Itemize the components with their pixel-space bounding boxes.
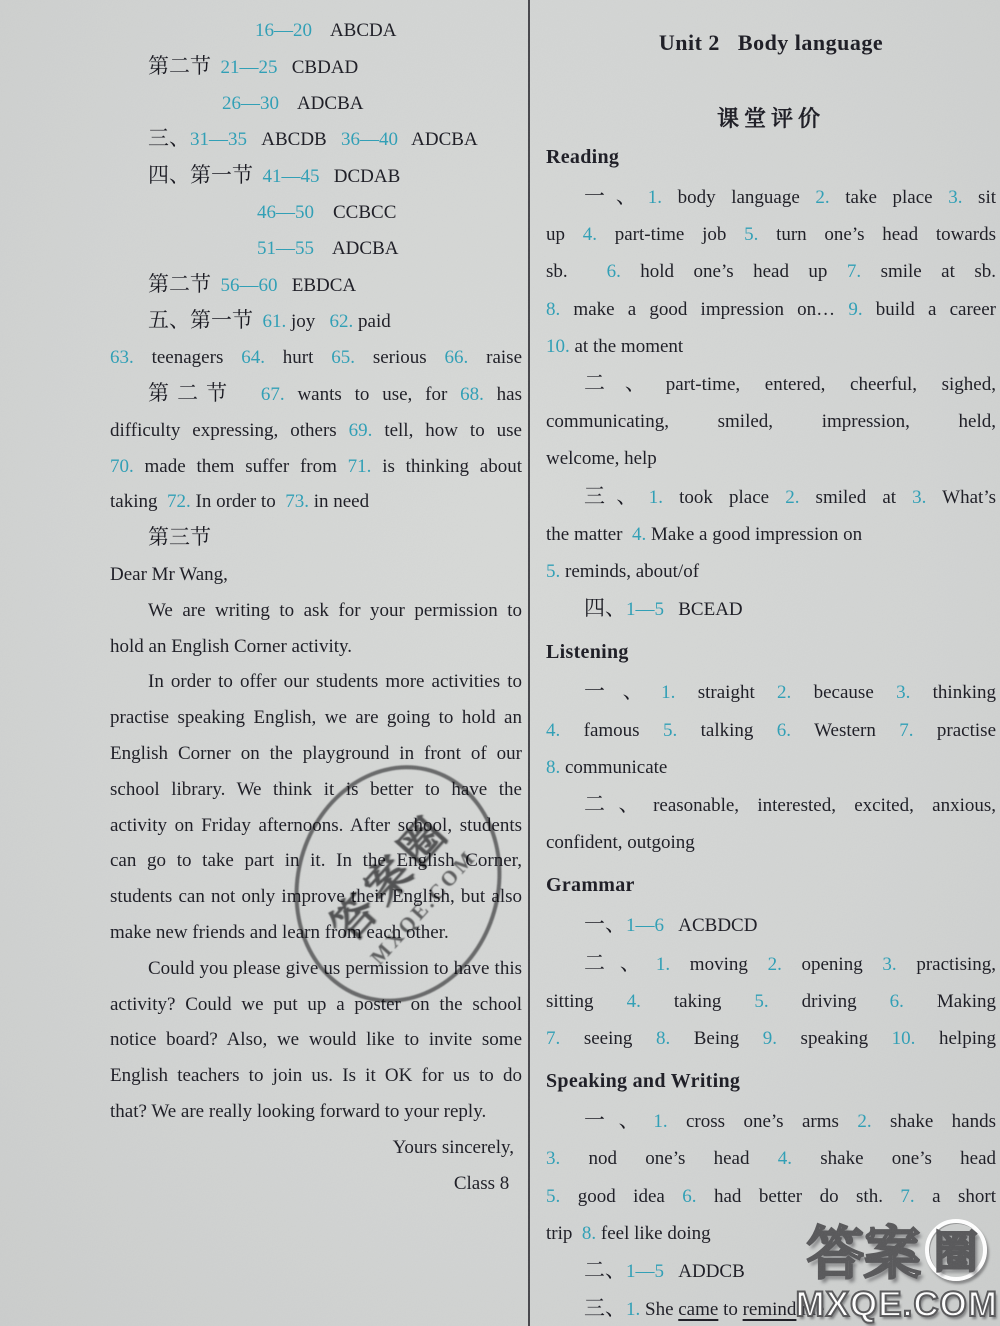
text-line: the matter 4. Make a good impression on <box>546 516 996 553</box>
text-line: 第二节 67. wants to use, for 68. has <box>110 376 522 413</box>
text-segment: Being <box>670 1028 763 1049</box>
text-segment: In order to <box>191 491 276 512</box>
text-segment: 63. <box>110 347 134 368</box>
text-segment: What’s <box>926 487 996 508</box>
text-segment: 16—20 <box>255 20 312 41</box>
text-segment: smile at sb. <box>861 261 996 282</box>
text-line: 五、第一节 61. joy 62. paid <box>110 303 522 340</box>
text-segment: that? We are really looking forward to y… <box>110 1101 486 1122</box>
text-segment <box>314 238 332 259</box>
text-line: Class 8 <box>110 1166 522 1202</box>
text-segment: is thinking about <box>371 456 522 477</box>
section-heading: Speaking and Writing <box>546 1070 996 1093</box>
text-line: We are writing to ask for your permissio… <box>110 593 522 629</box>
text-line: 26—30 ADCBA <box>110 86 522 122</box>
text-line: 8. communicate <box>546 749 996 786</box>
text-segment: difficulty expressing, others <box>110 420 349 441</box>
text-segment: practising, <box>897 954 996 975</box>
text-line: 10. at the moment <box>546 328 996 365</box>
text-segment: 四、 <box>584 596 626 620</box>
text-segment: up <box>546 224 583 245</box>
text-segment <box>327 129 341 150</box>
text-segment: ADCBA <box>297 93 364 114</box>
text-segment <box>664 599 678 620</box>
text-segment: 1—5 <box>626 599 664 620</box>
text-segment: Make a good impression on <box>646 524 862 545</box>
text-segment: communicating, smiled, impression, held, <box>546 411 996 432</box>
text-segment <box>158 491 168 512</box>
text-segment: 68. <box>460 384 484 405</box>
text-segment: activity? Could we put up a poster on th… <box>110 994 522 1015</box>
text-segment: 62. <box>330 311 354 332</box>
text-segment: CCBCC <box>333 202 396 223</box>
text-segment: ADDCB <box>678 1261 745 1282</box>
text-segment: thinking <box>910 682 996 703</box>
text-segment: English teachers to join us. Is it OK fo… <box>110 1065 522 1086</box>
text-line: 4. famous 5. talking 6. Western 7. pract… <box>546 712 996 749</box>
ink-stamp-text: 答案圈 MXQE.COM <box>312 796 483 972</box>
text-segment: 6. <box>682 1186 696 1207</box>
text-segment: 5. <box>546 561 560 582</box>
text-segment: EBDCA <box>292 275 356 296</box>
text-line: practise speaking English, we are going … <box>110 700 522 736</box>
text-segment: 二、 <box>584 371 666 395</box>
text-segment: 7. <box>899 720 913 741</box>
text-segment: 1. <box>649 487 663 508</box>
text-line: 51—55 ADCBA <box>110 231 522 267</box>
text-segment: 8. <box>582 1223 596 1244</box>
text-segment: She <box>640 1299 678 1320</box>
text-segment: DCDAB <box>334 166 401 187</box>
column-divider <box>528 0 530 1326</box>
text-segment: sitting <box>546 991 627 1012</box>
text-segment <box>253 311 263 332</box>
text-segment: ADCBA <box>411 129 478 150</box>
text-line: 四、1—5 BCEAD <box>546 590 996 628</box>
text-line: Dear Mr Wang, <box>110 557 522 593</box>
text-segment <box>279 93 297 114</box>
text-line: hold an English Corner activity. <box>110 629 522 665</box>
text-segment: cross one’s arms <box>668 1111 858 1132</box>
text-segment: at the moment <box>570 336 683 357</box>
text-segment: 三、 <box>148 126 190 150</box>
text-segment: 8. <box>656 1028 670 1049</box>
watermark-cn-text: 答案圈 <box>796 1219 998 1285</box>
text-segment: 9. <box>763 1028 777 1049</box>
text-segment: 4. <box>583 224 597 245</box>
text-segment: turn one’s head towards <box>758 224 996 245</box>
text-line: 二、part-time, entered, cheerful, sighed, <box>546 365 996 403</box>
text-segment <box>314 202 333 223</box>
text-line: 46—50 CCBCC <box>110 195 522 231</box>
text-segment: 三、 <box>584 1296 626 1320</box>
text-line: 第二节 56—60 EBDCA <box>110 267 522 304</box>
text-segment: paid <box>353 311 390 332</box>
text-segment: welcome, help <box>546 448 657 469</box>
section-heading: Reading <box>546 146 996 169</box>
text-segment: 第二节 <box>148 272 211 296</box>
text-segment: straight <box>675 682 777 703</box>
text-segment <box>211 57 221 78</box>
text-segment: communicate <box>560 757 667 778</box>
text-line: 3. nod one’s head 4. shake one’s head <box>546 1140 996 1177</box>
text-segment: Western <box>791 720 899 741</box>
text-segment: part-time, entered, cheerful, sighed, <box>666 374 996 395</box>
text-segment: 70. <box>110 456 134 477</box>
text-line: 二、1. moving 2. opening 3. practising, <box>546 945 996 983</box>
text-segment: 二、 <box>584 792 653 816</box>
text-segment: 6. <box>607 261 621 282</box>
text-segment: famous <box>560 720 663 741</box>
text-segment: 1. <box>648 187 662 208</box>
watermark-en-text: MXQE.COM <box>796 1287 998 1324</box>
text-segment: opening <box>782 954 883 975</box>
text-segment: 4. <box>632 524 646 545</box>
text-segment: 8. <box>546 757 560 778</box>
text-segment: 73. <box>285 491 309 512</box>
text-segment: 5. <box>546 1186 560 1207</box>
text-segment: take place <box>830 187 949 208</box>
text-line: confident, outgoing <box>546 824 996 861</box>
text-segment: make a good impression on… <box>560 299 848 320</box>
text-segment: a short <box>915 1186 996 1207</box>
text-segment: feel like doing <box>596 1223 711 1244</box>
text-segment <box>623 524 633 545</box>
text-segment: 69. <box>349 420 373 441</box>
text-segment: 1—5 <box>626 1261 664 1282</box>
text-segment: 一、 <box>584 184 648 208</box>
text-segment: 第三节 <box>148 525 211 549</box>
text-segment: 2. <box>768 954 782 975</box>
text-segment: 10. <box>892 1028 916 1049</box>
text-segment: 6. <box>777 720 791 741</box>
text-segment: 1. <box>656 954 670 975</box>
text-segment: notice board? Also, we would like to inv… <box>110 1029 522 1050</box>
text-segment: 61. <box>263 311 287 332</box>
text-segment: build a career <box>863 299 996 320</box>
text-segment: 4. <box>778 1148 792 1169</box>
right-column: Unit 2 Body language课堂评价Reading一、1. body… <box>546 0 996 1326</box>
text-segment: 2. <box>815 187 829 208</box>
text-segment: 67. <box>261 384 285 405</box>
text-segment: reasonable, interested, excited, anxious… <box>653 795 996 816</box>
text-segment: teenagers <box>134 347 241 368</box>
text-segment: 3. <box>912 487 926 508</box>
text-segment: shake one’s head <box>792 1148 996 1169</box>
text-segment: 3. <box>948 187 962 208</box>
text-segment: 31—35 <box>190 129 247 150</box>
text-segment: 9. <box>848 299 862 320</box>
text-segment: 1. <box>653 1111 667 1132</box>
text-line: 四、第一节 41—45 DCDAB <box>110 158 522 195</box>
text-segment: talking <box>677 720 777 741</box>
text-line: 5. reminds, about/of <box>546 553 996 590</box>
text-line: sb. 6. hold one’s head up 7. smile at sb… <box>546 253 996 290</box>
text-segment: 2. <box>857 1111 871 1132</box>
scanned-page: { "page": { "background": "#d3d5d4", "di… <box>0 0 1000 1326</box>
text-segment: BCEAD <box>678 599 742 620</box>
text-segment: 21—25 <box>221 57 278 78</box>
text-segment: ADCBA <box>332 238 399 259</box>
text-segment: hold an English Corner activity. <box>110 636 352 657</box>
text-segment: moving <box>670 954 767 975</box>
text-segment <box>572 1223 582 1244</box>
text-segment <box>278 57 292 78</box>
text-segment <box>315 311 329 332</box>
text-segment: seeing <box>560 1028 656 1049</box>
text-segment: 6. <box>890 991 904 1012</box>
watermark-cn-chars: 答案 <box>807 1222 921 1286</box>
text-line: 一、1. body language 2. take place 3. sit <box>546 178 996 216</box>
text-segment: ABCDB <box>261 129 326 150</box>
text-segment: 4. <box>546 720 560 741</box>
text-segment: Class 8 <box>454 1173 514 1194</box>
text-segment: to <box>718 1299 742 1320</box>
text-segment: because <box>791 682 896 703</box>
text-segment: has <box>484 384 522 405</box>
text-segment: 64. <box>241 347 265 368</box>
text-segment: 51—55 <box>257 238 314 259</box>
text-segment: made them suffer from <box>134 456 348 477</box>
text-line: 8. make a good impression on… 9. build a… <box>546 291 996 328</box>
text-segment: the matter <box>546 524 623 545</box>
text-segment: nod one’s head <box>560 1148 778 1169</box>
text-segment: shake hands <box>872 1111 996 1132</box>
text-line: 70. made them suffer from 71. is thinkin… <box>110 449 522 485</box>
text-segment: 72. <box>167 491 191 512</box>
text-segment: 1. <box>626 1299 640 1320</box>
text-segment: took place <box>663 487 785 508</box>
text-segment: remind <box>743 1299 797 1320</box>
text-segment: ACBDCD <box>678 915 757 936</box>
text-segment: speaking <box>777 1028 892 1049</box>
text-segment: 8. <box>546 299 560 320</box>
text-line: 一、1—6 ACBDCD <box>546 906 996 944</box>
text-segment: taking <box>110 491 158 512</box>
text-segment: joy <box>286 311 315 332</box>
unit-title: Unit 2 Body language <box>546 0 996 56</box>
text-line: 5. good idea 6. had better do sth. 7. a … <box>546 1178 996 1215</box>
text-segment <box>247 129 261 150</box>
text-segment <box>276 491 286 512</box>
text-segment: driving <box>769 991 890 1012</box>
text-segment: part-time job <box>597 224 744 245</box>
text-segment: 第二节 <box>148 381 235 405</box>
text-segment: 1—6 <box>626 915 664 936</box>
text-segment: 71. <box>348 456 372 477</box>
text-segment: came <box>678 1299 718 1320</box>
text-line: Yours sincerely, <box>110 1130 522 1166</box>
text-line: welcome, help <box>546 440 996 477</box>
text-segment: 5. <box>754 991 768 1012</box>
text-line: activity? Could we put up a poster on th… <box>110 987 522 1023</box>
text-segment: 3. <box>546 1148 560 1169</box>
text-segment: Yours sincerely, <box>393 1137 514 1158</box>
text-segment: confident, outgoing <box>546 832 695 853</box>
text-segment <box>398 129 411 150</box>
text-segment: 三、 <box>584 484 649 508</box>
text-segment: practise speaking English, we are going … <box>110 707 522 728</box>
text-line: 二、reasonable, interested, excited, anxio… <box>546 786 996 824</box>
text-segment: in need <box>309 491 369 512</box>
text-segment: body language <box>662 187 815 208</box>
text-segment: 一、 <box>584 1108 653 1132</box>
text-segment: 7. <box>900 1186 914 1207</box>
text-segment: wants to use, for <box>285 384 460 405</box>
text-segment: 10. <box>546 336 570 357</box>
text-segment: raise <box>468 347 522 368</box>
text-segment <box>235 384 261 405</box>
text-segment: 2. <box>777 682 791 703</box>
left-column: 16—20 ABCDA第二节 21—25 CBDAD26—30 ADCBA三、3… <box>110 13 522 1201</box>
text-segment: 四、第一节 <box>148 163 253 187</box>
text-segment: Making <box>904 991 996 1012</box>
text-segment <box>312 20 330 41</box>
text-segment: 一、 <box>584 679 661 703</box>
text-segment: 二、 <box>584 951 656 975</box>
text-segment: 5. <box>744 224 758 245</box>
text-segment: CBDAD <box>292 57 359 78</box>
text-segment: 41—45 <box>263 166 320 187</box>
text-segment: helping <box>915 1028 996 1049</box>
text-segment: smiled at <box>799 487 912 508</box>
text-line: that? We are really looking forward to y… <box>110 1094 522 1130</box>
text-segment <box>320 166 334 187</box>
text-line: English Corner on the playground in fron… <box>110 736 522 772</box>
text-line: sitting 4. taking 5. driving 6. Making <box>546 983 996 1020</box>
text-segment: 2. <box>785 487 799 508</box>
text-segment: 36—40 <box>341 129 398 150</box>
text-segment: 26—30 <box>222 93 279 114</box>
text-segment: serious <box>355 347 445 368</box>
text-line: 一、1. cross one’s arms 2. shake hands <box>546 1102 996 1140</box>
text-segment: Dear Mr Wang, <box>110 564 228 585</box>
watermark-circled-char: 圈 <box>925 1219 987 1281</box>
text-segment: 7. <box>546 1028 560 1049</box>
text-segment: We are writing to ask for your permissio… <box>148 600 522 621</box>
text-segment <box>664 1261 678 1282</box>
page-heading: 课堂评价 <box>546 102 996 133</box>
text-segment: English Corner on the playground in fron… <box>110 743 522 764</box>
text-line: taking 72. In order to 73. in need <box>110 484 522 520</box>
text-segment: trip <box>546 1223 572 1244</box>
text-line: 第二节 21—25 CBDAD <box>110 49 522 86</box>
text-segment: 46—50 <box>257 202 314 223</box>
text-segment: 4. <box>627 991 641 1012</box>
section-heading: Listening <box>546 641 996 664</box>
text-segment: 五、第一节 <box>148 308 253 332</box>
text-segment: had better do sth. <box>697 1186 901 1207</box>
site-watermark: 答案圈 MXQE.COM <box>796 1219 998 1324</box>
text-line: communicating, smiled, impression, held, <box>546 403 996 440</box>
text-segment <box>278 275 292 296</box>
text-segment: 5. <box>663 720 677 741</box>
text-line: English teachers to join us. Is it OK fo… <box>110 1058 522 1094</box>
text-segment: 66. <box>445 347 469 368</box>
text-segment: sit <box>962 187 996 208</box>
text-segment: 3. <box>882 954 896 975</box>
text-segment: 二、 <box>584 1258 626 1282</box>
text-segment: ABCDA <box>330 20 397 41</box>
text-segment: 3. <box>896 682 910 703</box>
text-segment: reminds, about/of <box>560 561 699 582</box>
text-segment: 56—60 <box>221 275 278 296</box>
text-segment: hurt <box>265 347 331 368</box>
text-segment: hold one’s head up <box>621 261 847 282</box>
text-line: 63. teenagers 64. hurt 65. serious 66. r… <box>110 340 522 376</box>
text-line: notice board? Also, we would like to inv… <box>110 1022 522 1058</box>
text-segment: 7. <box>847 261 861 282</box>
text-segment: 第二节 <box>148 54 211 78</box>
text-line: 7. seeing 8. Being 9. speaking 10. helpi… <box>546 1020 996 1057</box>
text-line: 三、1. took place 2. smiled at 3. What’s <box>546 478 996 516</box>
text-segment: 一、 <box>584 912 626 936</box>
text-line: 第三节 <box>110 520 522 557</box>
text-line: difficulty expressing, others 69. tell, … <box>110 413 522 449</box>
text-segment: 1. <box>661 682 675 703</box>
text-line: 三、31—35 ABCDB 36—40 ADCBA <box>110 121 522 158</box>
text-segment <box>664 915 678 936</box>
text-line: In order to offer our students more acti… <box>110 664 522 700</box>
text-segment: practise <box>914 720 996 741</box>
text-line: 16—20 ABCDA <box>110 13 522 49</box>
text-segment: 65. <box>331 347 355 368</box>
text-segment: good idea <box>560 1186 682 1207</box>
text-segment <box>211 275 221 296</box>
text-line: 一、1. straight 2. because 3. thinking <box>546 673 996 711</box>
text-segment: tell, how to use <box>372 420 522 441</box>
text-line: up 4. part-time job 5. turn one’s head t… <box>546 216 996 253</box>
text-segment <box>568 261 607 282</box>
text-segment <box>253 166 263 187</box>
section-heading: Grammar <box>546 874 996 897</box>
text-segment: taking <box>641 991 755 1012</box>
text-segment: In order to offer our students more acti… <box>148 671 522 692</box>
text-segment: sb. <box>546 261 568 282</box>
